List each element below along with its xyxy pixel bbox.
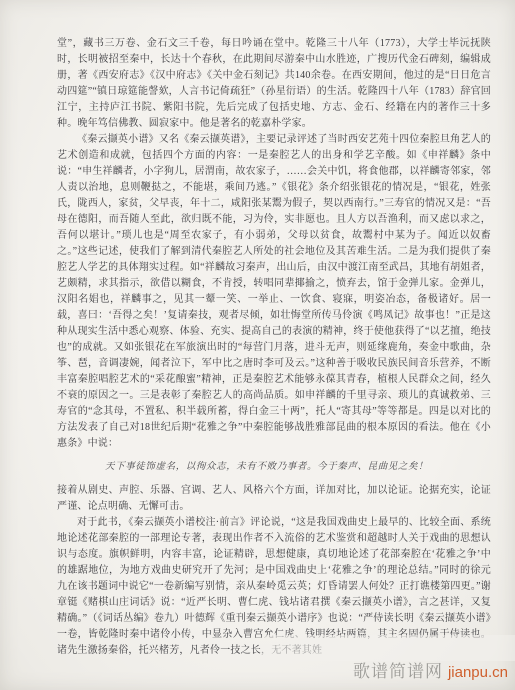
book-page: 堂”，藏书三万卷、金石文三千卷，每日吟诵在堂中。乾隆三十八年（1773），大学士… <box>0 0 515 690</box>
paragraph-critical-reviews: 对于此书，《秦云撷英小谱校注·前言》评论说，“这是我国戏曲史上最早的、比较全面、… <box>57 515 491 659</box>
paragraph-six-aspects: 接着从剧史、声腔、乐器、宫调、艺人、风格六个方面，详加对比，加以论证。论据充实，… <box>57 483 491 515</box>
watermark-site-url: jianpu.cn <box>448 664 508 681</box>
watermark: 歌谱简谱网jianpu.cn <box>353 657 508 682</box>
paragraph-xiaopu-contents: 《秦云撷英小谱》又名《秦云撷英谱》，主要记录评述了当时西安艺苑十四位秦腔旦角艺人… <box>57 132 491 452</box>
paragraph-biography-continuation: 堂”，藏书三万卷、金石文三千卷，每日吟诵在堂中。乾隆三十八年（1773），大学士… <box>57 36 491 132</box>
text-block: 堂”，藏书三万卷、金石文三千卷，每日吟诵在堂中。乾隆三十八年（1773），大学士… <box>57 36 491 659</box>
block-quote-xiaohui-tiao: 天下事徒饰虚名，以徇众志，未有不败乃事者。今于秦声、昆曲见之矣！ <box>105 460 463 475</box>
watermark-site-name: 歌谱简谱网 <box>353 662 443 681</box>
